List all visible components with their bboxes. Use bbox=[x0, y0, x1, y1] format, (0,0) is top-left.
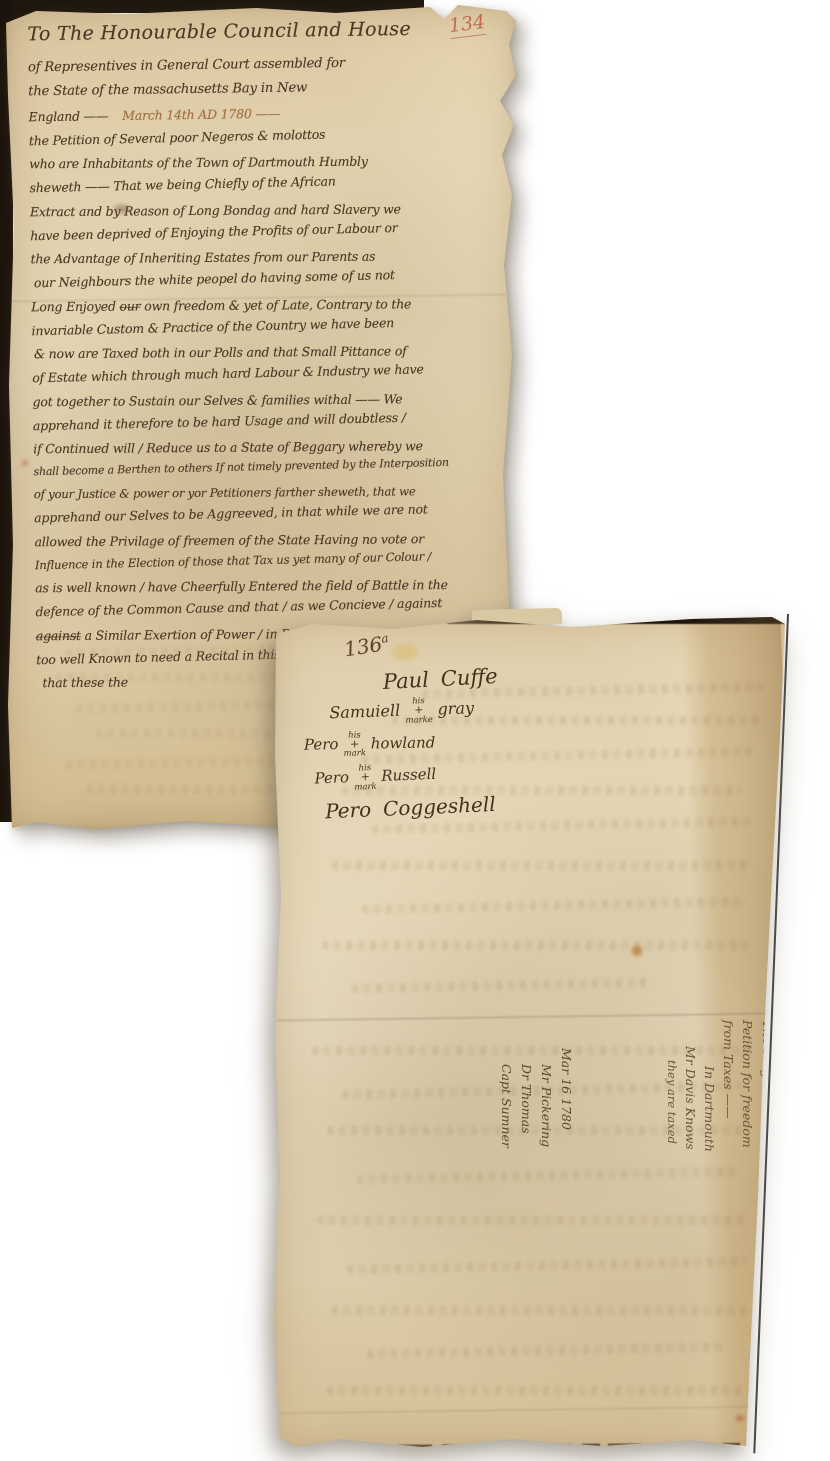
handwriting-line: the Petition of Several poor Negeros & m… bbox=[29, 123, 499, 147]
signer-first-name: Pero bbox=[325, 797, 372, 823]
handwriting-line: as is well known / have Cheerfully Enter… bbox=[35, 578, 505, 595]
signature-paul-cuffe: PaulCuffe bbox=[382, 664, 498, 694]
handwriting-line: of Estate which through much hard Labour… bbox=[32, 361, 502, 385]
signature-pero-russell: Perohis+markRussell bbox=[314, 759, 500, 793]
signature-pero-coggeshell: PeroCoggeshell bbox=[325, 791, 501, 823]
paper-stain bbox=[392, 644, 418, 660]
bleed-through-line bbox=[322, 941, 752, 950]
handwriting-line: shall become a Berthen to others If not … bbox=[33, 456, 503, 479]
scanned-document-canvas: 134 To The Honourable Council and Houseo… bbox=[0, 0, 830, 1461]
fold-crease bbox=[277, 1406, 776, 1416]
folio-number-136a: 136a bbox=[342, 631, 391, 662]
handwriting-line: sheweth —— That we being Chiefly of the … bbox=[29, 171, 499, 195]
bleed-through-line bbox=[332, 861, 752, 870]
signer-first-name: Paul bbox=[382, 668, 429, 694]
signer-first-name: Pero bbox=[314, 768, 349, 787]
handwriting-line: apprehand our Selves to be Aggreeved, in… bbox=[34, 501, 504, 525]
handwriting-line: allowed the Privilage of freemen of the … bbox=[34, 531, 504, 548]
handwriting-line: who are Inhabitants of the Town of Dartm… bbox=[29, 154, 499, 171]
docket-annotation: The Negro's & MulattosPetition for freed… bbox=[648, 1020, 776, 1226]
torn-bottom-edge bbox=[302, 1443, 742, 1450]
folio-suffix: a bbox=[380, 631, 389, 646]
bleed-through-line bbox=[327, 1386, 747, 1395]
signature-pero-howland: Perohis+markhowland bbox=[304, 729, 499, 759]
docket-line: they are taxed bbox=[662, 1060, 681, 1226]
handwriting-line: if Continued will / Reduce us to a State… bbox=[33, 439, 503, 456]
signer-surname: gray bbox=[437, 698, 474, 718]
paper-stain bbox=[22, 460, 28, 466]
docket-line: from Taxes —— bbox=[719, 1020, 738, 1226]
top-edge-shading bbox=[272, 618, 452, 621]
committee-annotation: Mar 16 1780Mr PickeringDr ThomasCapt Sum… bbox=[484, 1048, 576, 1220]
handwriting-line: got together to Sustain our Selves & fam… bbox=[33, 392, 503, 409]
docket-line: In Dartmouth bbox=[700, 1066, 719, 1226]
petition-page-2: 136a PaulCuffe Samuiellhis+markegray Per… bbox=[272, 616, 786, 1452]
handwriting-line: of Representives in General Court assemb… bbox=[28, 55, 498, 76]
handwriting-line: apprehand it therefore to be hard Usage … bbox=[33, 408, 503, 432]
paper-stain bbox=[736, 1416, 744, 1421]
signer-surname: Russell bbox=[381, 765, 436, 785]
handwriting-line: of your Justice & power or yor Petitione… bbox=[34, 485, 504, 501]
docket-line: The Negro's & Mulattos bbox=[757, 1020, 776, 1226]
signer-surname: Coggeshell bbox=[383, 792, 497, 821]
bleed-through-line bbox=[362, 897, 742, 914]
committee-line: Mar 16 1780 bbox=[556, 1048, 576, 1220]
his-mark: his+mark bbox=[354, 764, 377, 791]
handwriting-line: our Neighbours the white peopel do havin… bbox=[34, 266, 501, 290]
paper-stain bbox=[632, 946, 642, 956]
signature-samuiell-gray: Samuiellhis+markegray bbox=[329, 695, 499, 727]
signature-block: PaulCuffe Samuiellhis+markegray Perohis+… bbox=[271, 666, 501, 828]
handwriting-line: invariable Custom & Practice of the Coun… bbox=[31, 313, 501, 337]
committee-line: Capt Sumner bbox=[496, 1064, 516, 1220]
handwriting-line: have been deprived of Enjoying the Profi… bbox=[30, 218, 500, 242]
page2-sheet: 136a PaulCuffe Samuiellhis+markegray Per… bbox=[272, 616, 786, 1452]
bleed-through-line bbox=[332, 1306, 752, 1315]
handwriting-line: Influence in the Election of those that … bbox=[35, 548, 505, 571]
handwriting-line: & now are Taxed both in our Polls and th… bbox=[34, 344, 502, 361]
his-mark: his+marke bbox=[405, 697, 433, 725]
inserted-date: March 14th AD 1780 —— bbox=[122, 106, 280, 123]
signer-first-name: Pero bbox=[304, 735, 339, 754]
handwriting-line: the State of the massachusetts Bay in Ne… bbox=[28, 79, 498, 100]
handwriting-line: Long Enjoyed o̶u̶r̶ own freedom & yet of… bbox=[31, 297, 501, 314]
docket-line: Mr Davis Knows bbox=[681, 1046, 700, 1226]
signer-surname: Cuffe bbox=[440, 664, 498, 691]
committee-line: Mr Pickering bbox=[536, 1064, 556, 1220]
committee-line: Dr Thomas bbox=[516, 1064, 536, 1220]
handwriting-line: Extract and by Reason of Long Bondag and… bbox=[30, 202, 500, 219]
petition-heading: To The Honourable Council and Houseof Re… bbox=[27, 18, 498, 100]
handwriting-line: the Advantage of Inheriting Estates from… bbox=[31, 249, 501, 266]
date-line-prefix: England —— bbox=[28, 108, 108, 124]
petition-body: the Petition of Several poor Negeros & m… bbox=[29, 127, 507, 690]
docket-line: Petition for freedom bbox=[738, 1020, 757, 1226]
bleed-through-line bbox=[347, 1257, 747, 1274]
signer-first-name: Samuiell bbox=[329, 701, 400, 722]
petition-text: To The Honourable Council and Houseof Re… bbox=[27, 18, 506, 701]
folio-main: 136 bbox=[342, 632, 383, 662]
his-mark: his+mark bbox=[343, 731, 366, 758]
handwriting-line: To The Honourable Council and House bbox=[27, 18, 497, 45]
signer-surname: howland bbox=[371, 733, 436, 752]
bleed-through-line bbox=[367, 1342, 727, 1359]
handwriting-line-date: England ——March 14th AD 1780 —— bbox=[29, 104, 499, 124]
bleed-through-line bbox=[352, 978, 652, 993]
